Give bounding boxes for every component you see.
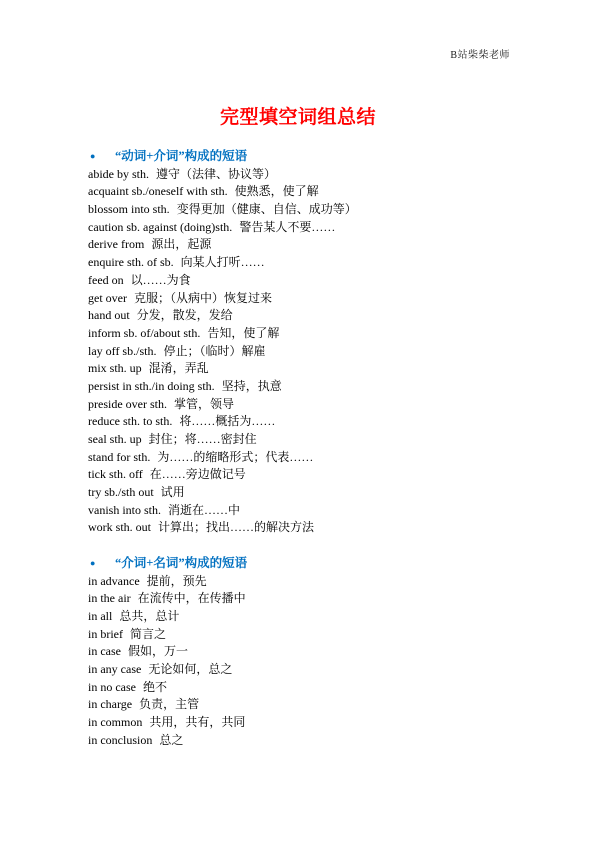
phrase-english: in brief xyxy=(88,627,123,641)
phrase-english: in any case xyxy=(88,662,141,676)
phrase-row: blossom into sth.变得更加（健康、自信、成功等） xyxy=(88,201,526,219)
phrase-row: work sth. out计算出；找出……的解决方法 xyxy=(88,519,526,537)
phrase-english: inform sb. of/about sth. xyxy=(88,326,200,340)
phrase-english: work sth. out xyxy=(88,520,151,534)
phrase-chinese: 在……旁边做记号 xyxy=(150,467,246,481)
phrase-row: caution sb. against (doing)sth.警告某人不要…… xyxy=(88,219,526,237)
phrase-chinese: 为……的缩略形式；代表…… xyxy=(157,450,313,464)
phrase-row: stand for sth.为……的缩略形式；代表…… xyxy=(88,449,526,467)
phrase-row: in no case绝不 xyxy=(88,679,526,697)
phrase-row: in all总共，总计 xyxy=(88,608,526,626)
phrase-chinese: 使熟悉，使了解 xyxy=(235,184,319,198)
phrase-chinese: 源出，起源 xyxy=(151,237,211,251)
phrase-chinese: 坚持，执意 xyxy=(222,379,282,393)
phrase-english: get over xyxy=(88,291,127,305)
phrase-english: enquire sth. of sb. xyxy=(88,255,174,269)
phrase-english: in no case xyxy=(88,680,136,694)
phrase-list: abide by sth.遵守（法律、协议等） acquaint sb./one… xyxy=(88,166,526,537)
phrase-row: inform sb. of/about sth.告知，使了解 xyxy=(88,325,526,343)
phrase-chinese: 克服；（从病中）恢复过来 xyxy=(134,291,272,305)
phrase-row: in charge负责，主管 xyxy=(88,696,526,714)
phrase-row: persist in sth./in doing sth.坚持，执意 xyxy=(88,378,526,396)
phrase-chinese: 向某人打听…… xyxy=(181,255,265,269)
bullet-icon: ● xyxy=(88,148,115,166)
phrase-section: ● “介词+名词”构成的短语 in advance提前，预先 in the ai… xyxy=(88,555,526,750)
bullet-icon: ● xyxy=(88,555,115,573)
phrase-english: persist in sth./in doing sth. xyxy=(88,379,215,393)
phrase-chinese: 绝不 xyxy=(143,680,167,694)
phrase-chinese: 分发，散发，发给 xyxy=(137,308,233,322)
phrase-row: vanish into sth.消逝在……中 xyxy=(88,502,526,520)
phrase-english: blossom into sth. xyxy=(88,202,170,216)
phrase-english: caution sb. against (doing)sth. xyxy=(88,220,232,234)
phrase-chinese: 以……为食 xyxy=(131,273,191,287)
phrase-english: in the air xyxy=(88,591,131,605)
phrase-row: abide by sth.遵守（法律、协议等） xyxy=(88,166,526,184)
phrase-row: in common共用，共有，共同 xyxy=(88,714,526,732)
phrase-row: in case假如，万一 xyxy=(88,643,526,661)
phrase-english: mix sth. up xyxy=(88,361,142,375)
phrase-chinese: 无论如何，总之 xyxy=(148,662,232,676)
phrase-chinese: 掌管，领导 xyxy=(174,397,234,411)
phrase-chinese: 简言之 xyxy=(130,627,166,641)
phrase-english: try sb./sth out xyxy=(88,485,154,499)
phrase-chinese: 消逝在……中 xyxy=(168,503,240,517)
phrase-row: in brief简言之 xyxy=(88,626,526,644)
phrase-english: stand for sth. xyxy=(88,450,150,464)
phrase-chinese: 遵守（法律、协议等） xyxy=(156,167,276,181)
phrase-english: in conclusion xyxy=(88,733,152,747)
phrase-english: abide by sth. xyxy=(88,167,149,181)
phrase-row: acquaint sb./oneself with sth.使熟悉，使了解 xyxy=(88,183,526,201)
phrase-english: reduce sth. to sth. xyxy=(88,414,172,428)
section-heading: ● “动词+介词”构成的短语 xyxy=(88,148,526,166)
phrase-row: enquire sth. of sb.向某人打听…… xyxy=(88,254,526,272)
phrase-english: in advance xyxy=(88,574,140,588)
phrase-chinese: 混淆，弄乱 xyxy=(149,361,209,375)
phrase-row: mix sth. up混淆，弄乱 xyxy=(88,360,526,378)
phrase-chinese: 负责，主管 xyxy=(139,697,199,711)
header-author-note: B站柴柴老师 xyxy=(450,49,510,62)
phrase-chinese: 提前，预先 xyxy=(147,574,207,588)
phrase-list: in advance提前，预先 in the air在流传中，在传播中 in a… xyxy=(88,573,526,750)
phrase-english: vanish into sth. xyxy=(88,503,161,517)
phrase-english: in charge xyxy=(88,697,132,711)
phrase-row: in any case无论如何，总之 xyxy=(88,661,526,679)
phrase-english: derive from xyxy=(88,237,144,251)
phrase-english: hand out xyxy=(88,308,130,322)
phrase-chinese: 总共，总计 xyxy=(119,609,179,623)
page-title: 完型填空词组总结 xyxy=(0,105,596,131)
phrase-chinese: 告知，使了解 xyxy=(207,326,279,340)
phrase-chinese: 总之 xyxy=(159,733,183,747)
phrase-row: get over克服；（从病中）恢复过来 xyxy=(88,290,526,308)
phrase-english: tick sth. off xyxy=(88,467,143,481)
section-heading: ● “介词+名词”构成的短语 xyxy=(88,555,526,573)
phrase-row: lay off sb./sth.停止；（临时）解雇 xyxy=(88,343,526,361)
document-page: B站柴柴老师 完型填空词组总结 ● “动词+介词”构成的短语 abide by … xyxy=(0,0,596,842)
phrase-chinese: 在流传中，在传播中 xyxy=(138,591,246,605)
phrase-english: lay off sb./sth. xyxy=(88,344,156,358)
phrase-chinese: 变得更加（健康、自信、成功等） xyxy=(177,202,357,216)
phrase-english: seal sth. up xyxy=(88,432,142,446)
phrase-english: in case xyxy=(88,644,121,658)
phrase-row: tick sth. off在……旁边做记号 xyxy=(88,466,526,484)
phrase-chinese: 将……概括为…… xyxy=(179,414,275,428)
phrase-english: acquaint sb./oneself with sth. xyxy=(88,184,228,198)
phrase-row: in advance提前，预先 xyxy=(88,573,526,591)
phrase-chinese: 试用 xyxy=(161,485,185,499)
phrase-row: hand out分发，散发，发给 xyxy=(88,307,526,325)
phrase-row: preside over sth.掌管，领导 xyxy=(88,396,526,414)
phrase-chinese: 停止；（临时）解雇 xyxy=(163,344,265,358)
phrase-chinese: 警告某人不要…… xyxy=(239,220,335,234)
phrase-section: ● “动词+介词”构成的短语 abide by sth.遵守（法律、协议等） a… xyxy=(88,148,526,537)
phrase-english: preside over sth. xyxy=(88,397,167,411)
phrase-chinese: 封住；将……密封住 xyxy=(149,432,257,446)
phrase-english: feed on xyxy=(88,273,124,287)
phrase-row: try sb./sth out试用 xyxy=(88,484,526,502)
phrase-english: in all xyxy=(88,609,112,623)
phrase-row: feed on以……为食 xyxy=(88,272,526,290)
document-body: ● “动词+介词”构成的短语 abide by sth.遵守（法律、协议等） a… xyxy=(88,148,526,749)
phrase-row: in the air在流传中，在传播中 xyxy=(88,590,526,608)
phrase-row: seal sth. up封住；将……密封住 xyxy=(88,431,526,449)
phrase-english: in common xyxy=(88,715,142,729)
section-heading-label: “介词+名词”构成的短语 xyxy=(115,555,247,573)
phrase-row: reduce sth. to sth.将……概括为…… xyxy=(88,413,526,431)
phrase-chinese: 计算出；找出……的解决方法 xyxy=(158,520,314,534)
phrase-chinese: 假如，万一 xyxy=(128,644,188,658)
section-heading-label: “动词+介词”构成的短语 xyxy=(115,148,247,166)
phrase-chinese: 共用，共有，共同 xyxy=(149,715,245,729)
phrase-row: in conclusion总之 xyxy=(88,732,526,750)
phrase-row: derive from源出，起源 xyxy=(88,236,526,254)
